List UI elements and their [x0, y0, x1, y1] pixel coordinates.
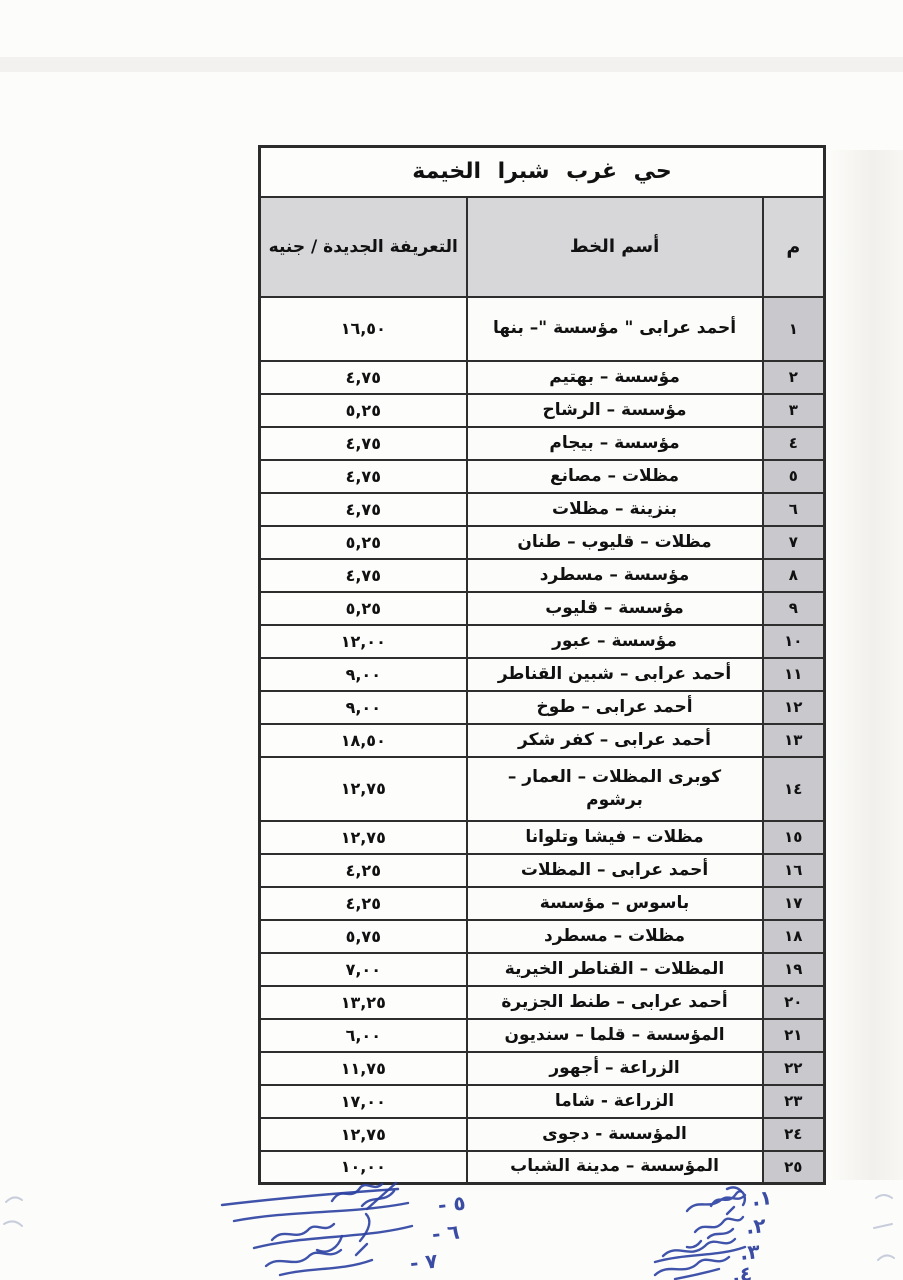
table-row: ١٧ باسوس – مؤسسة ٤,٢٥	[260, 887, 825, 920]
header-line-name: أسم الخط	[467, 197, 763, 297]
table-row: ١٥ مظلات – فيشا وتلوانا ١٢,٧٥	[260, 821, 825, 854]
row-number: ١٢	[763, 691, 825, 724]
row-number: ٦	[763, 493, 825, 526]
row-number: ١١	[763, 658, 825, 691]
tariff-table: حي غرب شبرا الخيمة م أسم الخط التعريفة ا…	[258, 145, 826, 1185]
line-name: باسوس – مؤسسة	[467, 887, 763, 920]
row-number: ٢٤	[763, 1118, 825, 1151]
tariff-document: حي غرب شبرا الخيمة م أسم الخط التعريفة ا…	[258, 145, 823, 1185]
line-name: المظلات – القناطر الخيرية	[467, 953, 763, 986]
row-number: ٢٣	[763, 1085, 825, 1118]
tariff-value: ٩,٠٠	[260, 658, 467, 691]
table-body: ١ أحمد عرابى " مؤسسة "– بنها ١٦,٥٠ ٢ مؤس…	[260, 297, 825, 1184]
line-name: الزراعة - شاما	[467, 1085, 763, 1118]
tariff-value: ٦,٠٠	[260, 1019, 467, 1052]
line-name: مظلات – فيشا وتلوانا	[467, 821, 763, 854]
line-name: أحمد عرابى – المظلات	[467, 854, 763, 887]
line-name: مؤسسة – قليوب	[467, 592, 763, 625]
row-number: ٢٥	[763, 1151, 825, 1184]
row-number: ١٩	[763, 953, 825, 986]
table-row: ٧ مظلات – قليوب – طنان ٥,٢٥	[260, 526, 825, 559]
table-row: ٢٤ المؤسسة - دجوى ١٢,٧٥	[260, 1118, 825, 1151]
tariff-value: ٤,٧٥	[260, 460, 467, 493]
row-number: ٩	[763, 592, 825, 625]
line-name: المؤسسة – قلما – سنديون	[467, 1019, 763, 1052]
district-title: حي غرب شبرا الخيمة	[260, 147, 825, 197]
tariff-value: ٤,٧٥	[260, 361, 467, 394]
tariff-value: ٤,٧٥	[260, 427, 467, 460]
scan-artifact-margin	[828, 150, 903, 1180]
row-number: ١٥	[763, 821, 825, 854]
table-row: ٥ مظلات – مصانع ٤,٧٥	[260, 460, 825, 493]
row-number: ١٣	[763, 724, 825, 757]
tariff-value: ١٨,٥٠	[260, 724, 467, 757]
table-row: ١٩ المظلات – القناطر الخيرية ٧,٠٠	[260, 953, 825, 986]
row-number: ١٨	[763, 920, 825, 953]
row-number: ٣	[763, 394, 825, 427]
line-name: مؤسسة – عبور	[467, 625, 763, 658]
tariff-value: ١٢,٠٠	[260, 625, 467, 658]
tariff-value: ١٣,٢٥	[260, 986, 467, 1019]
table-row: ١١ أحمد عرابى – شبين القناطر ٩,٠٠	[260, 658, 825, 691]
tariff-value: ١٧,٠٠	[260, 1085, 467, 1118]
header-tariff: التعريفة الجديدة / جنيه	[260, 197, 467, 297]
line-name: كوبرى المظلات – العمار – برشوم	[467, 757, 763, 821]
row-number: ٥	[763, 460, 825, 493]
line-name: أحمد عرابى " مؤسسة "– بنها	[467, 297, 763, 361]
scanned-document-page: حي غرب شبرا الخيمة م أسم الخط التعريفة ا…	[0, 0, 903, 1280]
table-row: ١٢ أحمد عرابى – طوخ ٩,٠٠	[260, 691, 825, 724]
table-row: ٢٣ الزراعة - شاما ١٧,٠٠	[260, 1085, 825, 1118]
table-row: ١٨ مظلات – مسطرد ٥,٧٥	[260, 920, 825, 953]
tariff-value: ٥,٢٥	[260, 394, 467, 427]
row-number: ٢٢	[763, 1052, 825, 1085]
table-title-row: حي غرب شبرا الخيمة	[260, 147, 825, 197]
tariff-value: ١٢,٧٥	[260, 757, 467, 821]
table-row: ٢٠ أحمد عرابى – طنط الجزيرة ١٣,٢٥	[260, 986, 825, 1019]
tariff-value: ٤,٢٥	[260, 854, 467, 887]
table-row: ٤ مؤسسة – بيجام ٤,٧٥	[260, 427, 825, 460]
tariff-value: ١٢,٧٥	[260, 1118, 467, 1151]
table-row: ١ أحمد عرابى " مؤسسة "– بنها ١٦,٥٠	[260, 297, 825, 361]
line-name: المؤسسة - دجوى	[467, 1118, 763, 1151]
table-row: ١٣ أحمد عرابى – كفر شكر ١٨,٥٠	[260, 724, 825, 757]
line-name: مظلات – مصانع	[467, 460, 763, 493]
line-name: مؤسسة – بيجام	[467, 427, 763, 460]
line-name: مؤسسة – بهتيم	[467, 361, 763, 394]
ink-bleed-mark-right	[868, 1188, 903, 1278]
row-number: ١٤	[763, 757, 825, 821]
row-number: ٤	[763, 427, 825, 460]
line-name: أحمد عرابى – شبين القناطر	[467, 658, 763, 691]
tariff-value: ٤,٧٥	[260, 493, 467, 526]
row-number: ١٠	[763, 625, 825, 658]
line-name: مظلات – قليوب – طنان	[467, 526, 763, 559]
row-number: ١٧	[763, 887, 825, 920]
table-row: ٢٢ الزراعة – أجهور ١١,٧٥	[260, 1052, 825, 1085]
row-number: ٢	[763, 361, 825, 394]
line-name: مؤسسة – الرشاح	[467, 394, 763, 427]
row-number: ١٦	[763, 854, 825, 887]
table-row: ٩ مؤسسة – قليوب ٥,٢٥	[260, 592, 825, 625]
ink-bleed-mark-left	[0, 1188, 40, 1248]
row-number: ٧	[763, 526, 825, 559]
row-number: ٨	[763, 559, 825, 592]
tariff-value: ٩,٠٠	[260, 691, 467, 724]
header-index: م	[763, 197, 825, 297]
signature-scribble-right-group	[615, 1180, 795, 1280]
line-name: أحمد عرابى – كفر شكر	[467, 724, 763, 757]
table-row: ٨ مؤسسة – مسطرد ٤,٧٥	[260, 559, 825, 592]
row-number: ٢١	[763, 1019, 825, 1052]
tariff-value: ٥,٧٥	[260, 920, 467, 953]
tariff-value: ١٦,٥٠	[260, 297, 467, 361]
table-row: ٢ مؤسسة – بهتيم ٤,٧٥	[260, 361, 825, 394]
line-name: بنزينة – مظلات	[467, 493, 763, 526]
table-row: ١٦ أحمد عرابى – المظلات ٤,٢٥	[260, 854, 825, 887]
tariff-value: ٤,٧٥	[260, 559, 467, 592]
tariff-value: ٤,٢٥	[260, 887, 467, 920]
signature-scribble-left-group	[210, 1178, 465, 1280]
table-row: ٣ مؤسسة – الرشاح ٥,٢٥	[260, 394, 825, 427]
row-number: ١	[763, 297, 825, 361]
line-name: أحمد عرابى – طنط الجزيرة	[467, 986, 763, 1019]
table-row: ١٠ مؤسسة – عبور ١٢,٠٠	[260, 625, 825, 658]
line-name: مظلات – مسطرد	[467, 920, 763, 953]
line-name: الزراعة – أجهور	[467, 1052, 763, 1085]
table-row: ٦ بنزينة – مظلات ٤,٧٥	[260, 493, 825, 526]
tariff-value: ٥,٢٥	[260, 526, 467, 559]
tariff-value: ١١,٧٥	[260, 1052, 467, 1085]
tariff-value: ٥,٢٥	[260, 592, 467, 625]
line-name: مؤسسة – مسطرد	[467, 559, 763, 592]
line-name: المؤسسة – مدينة الشباب	[467, 1151, 763, 1184]
tariff-value: ٧,٠٠	[260, 953, 467, 986]
tariff-value: ١٢,٧٥	[260, 821, 467, 854]
row-number: ٢٠	[763, 986, 825, 1019]
table-header-row: م أسم الخط التعريفة الجديدة / جنيه	[260, 197, 825, 297]
table-row: ١٤ كوبرى المظلات – العمار – برشوم ١٢,٧٥	[260, 757, 825, 821]
scan-artifact-band	[0, 57, 903, 72]
line-name: أحمد عرابى – طوخ	[467, 691, 763, 724]
table-row: ٢١ المؤسسة – قلما – سنديون ٦,٠٠	[260, 1019, 825, 1052]
